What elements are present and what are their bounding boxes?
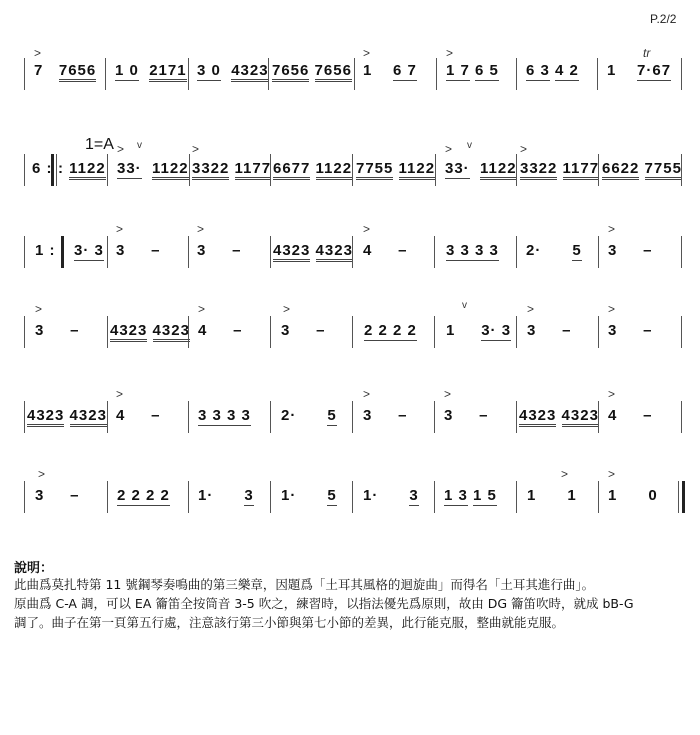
- measure: 3 –: [608, 242, 653, 259]
- measure: 1 0 2171: [115, 62, 187, 79]
- trill-mark: tr: [643, 46, 650, 60]
- barline: [352, 401, 353, 433]
- barline: [598, 481, 599, 513]
- barline: [597, 58, 598, 90]
- measure: 3322 1177: [520, 160, 599, 177]
- accent-mark: >: [445, 142, 452, 156]
- accent-mark: >: [197, 222, 204, 236]
- accent-mark: >: [608, 467, 615, 481]
- score-row-1: > 7 7656 1 0 2171 3 0 4323 7656 7656 > 1…: [0, 50, 700, 90]
- measure: 4323 4323: [27, 407, 107, 424]
- accent-mark: >: [34, 46, 41, 60]
- measure: 4 –: [198, 322, 243, 339]
- measure: 4 –: [363, 242, 408, 259]
- measure: 1 3 1 5: [444, 487, 497, 504]
- barline: [188, 316, 189, 348]
- measure: 6677 1122: [273, 160, 352, 177]
- barline: [56, 154, 57, 186]
- barline: [107, 401, 108, 433]
- score-row-6: > 3 – 2 2 2 2 1· 3 1· 5 1· 3 1 3 1 5 > 1…: [0, 477, 700, 517]
- barline: [516, 316, 517, 348]
- barline: [681, 236, 682, 268]
- barline: [354, 58, 355, 90]
- barline: [516, 236, 517, 268]
- accent-mark: >: [520, 142, 527, 156]
- measure: 3 –: [527, 322, 572, 339]
- measure: 3 3 3 3: [198, 407, 251, 424]
- barline: [189, 154, 190, 186]
- barline: [678, 481, 679, 513]
- barline: [435, 154, 436, 186]
- accent-mark: >: [363, 46, 370, 60]
- barline: [436, 58, 437, 90]
- barline: [434, 316, 435, 348]
- barline: [434, 236, 435, 268]
- measure: 4323 4323: [110, 322, 190, 339]
- breath-mark: v: [137, 140, 142, 151]
- measure: 3 –: [197, 242, 242, 259]
- measure: 3 –: [35, 322, 80, 339]
- measure: 3 –: [363, 407, 408, 424]
- measure: 3 –: [116, 242, 161, 259]
- measure: 3 –: [608, 322, 653, 339]
- barline: [107, 481, 108, 513]
- barline: [107, 154, 108, 186]
- accent-mark: >: [444, 387, 451, 401]
- measure: 2· 5: [526, 242, 582, 259]
- measure: 2· 5: [281, 407, 337, 424]
- measure: 3 3 3 3: [446, 242, 499, 259]
- score-row-2: 6 : : 1122 > v 33· 1122 > 3322 1177 6677…: [0, 150, 700, 190]
- repeat-end-barline: [61, 236, 64, 268]
- notes-line: 原曲爲 C-A 調，可以 EA 籥笛全按筒音 3-5 吹之，練習時，以指法優先爲…: [14, 594, 634, 612]
- page-number: P.2/2: [650, 12, 676, 26]
- barline: [188, 58, 189, 90]
- barline: [681, 58, 682, 90]
- measure: 33· 1122: [445, 160, 517, 177]
- accent-mark: >: [116, 387, 123, 401]
- barline: [24, 58, 25, 90]
- measure: 1 0: [608, 487, 658, 504]
- barline: [268, 58, 269, 90]
- measure: 2 2 2 2: [364, 322, 417, 339]
- measure: 7 7656: [34, 62, 96, 79]
- barline: [270, 481, 271, 513]
- measure: 3322 1177: [192, 160, 271, 177]
- barline: [24, 481, 25, 513]
- barline: [352, 154, 353, 186]
- measure: 1 7 6 5: [446, 62, 499, 79]
- accent-mark: >: [446, 46, 453, 60]
- measure: 4 –: [116, 407, 161, 424]
- accent-mark: >: [38, 467, 45, 481]
- accent-mark: >: [527, 302, 534, 316]
- measure: 1· 3: [363, 487, 419, 504]
- barline: [270, 316, 271, 348]
- barline: [434, 481, 435, 513]
- measure: 4323 4323: [273, 242, 353, 259]
- measure: : 1122: [58, 160, 106, 177]
- measure: 1 7·67: [607, 62, 671, 79]
- measure: 3 0 4323: [197, 62, 269, 79]
- accent-mark: >: [561, 467, 568, 481]
- accent-mark: >: [608, 387, 615, 401]
- barline: [681, 316, 682, 348]
- accent-mark: >: [116, 222, 123, 236]
- breath-mark: v: [467, 140, 472, 151]
- measure: 1 1: [527, 487, 577, 504]
- barline: [24, 236, 25, 268]
- barline: [434, 401, 435, 433]
- measure: 3 –: [35, 487, 80, 504]
- barline: [516, 401, 517, 433]
- barline: [24, 154, 25, 186]
- barline: [270, 236, 271, 268]
- measure: 4 –: [608, 407, 653, 424]
- measure: 2 2 2 2: [117, 487, 170, 504]
- barline: [516, 58, 517, 90]
- barline: [188, 236, 189, 268]
- barline: [516, 481, 517, 513]
- measure: 1· 3: [198, 487, 254, 504]
- measure: 1 6 7: [363, 62, 417, 79]
- accent-mark: >: [363, 387, 370, 401]
- score-row-4: > 3 – 4323 4323 > 4 – > 3 – 2 2 2 2 v 1 …: [0, 312, 700, 352]
- accent-mark: >: [283, 302, 290, 316]
- measure: 1· 5: [281, 487, 337, 504]
- measure: 6622 7755: [602, 160, 682, 177]
- barline: [352, 316, 353, 348]
- barline: [270, 154, 271, 186]
- barline: [516, 154, 517, 186]
- breath-mark: v: [462, 300, 467, 311]
- barline: [24, 401, 25, 433]
- score-row-5: 4323 4323 > 4 – 3 3 3 3 2· 5 > 3 – > 3 –…: [0, 397, 700, 437]
- accent-mark: >: [117, 142, 124, 156]
- score-row-3: 1 : 3· 3 > 3 – > 3 – 4323 4323 > 4 – 3 3…: [0, 232, 700, 272]
- barline: [105, 58, 106, 90]
- barline: [352, 481, 353, 513]
- repeat-start-barline: [51, 154, 54, 186]
- notes-line: 調了。曲子在第一頁第五行處，注意該行第三小節與第七小節的差異，此行能克服，整曲就…: [14, 613, 564, 631]
- measure: 3· 3: [74, 242, 104, 259]
- barline: [681, 154, 682, 186]
- barline: [188, 401, 189, 433]
- barline: [681, 401, 682, 433]
- accent-mark: >: [363, 222, 370, 236]
- accent-mark: >: [198, 302, 205, 316]
- final-barline: [682, 481, 685, 513]
- measure: 6 3 4 2: [526, 62, 579, 79]
- barline: [598, 401, 599, 433]
- accent-mark: >: [192, 142, 199, 156]
- barline: [352, 236, 353, 268]
- accent-mark: >: [608, 302, 615, 316]
- measure: 4323 4323: [519, 407, 599, 424]
- measure: 7656 7656: [272, 62, 352, 79]
- notes-title: 說明：: [14, 557, 53, 576]
- measure: 33· 1122: [117, 160, 189, 177]
- accent-mark: >: [608, 222, 615, 236]
- accent-mark: >: [35, 302, 42, 316]
- barline: [107, 236, 108, 268]
- barline: [270, 401, 271, 433]
- measure: 3 –: [281, 322, 326, 339]
- barline: [107, 316, 108, 348]
- measure: 3 –: [444, 407, 489, 424]
- measure: 6 :: [32, 160, 53, 177]
- notes-line: 此曲爲莫扎特第 11 號鋼琴奏鳴曲的第三樂章，因題爲「土耳其風格的迴旋曲」而得名…: [14, 575, 594, 593]
- measure: 1 :: [35, 242, 56, 259]
- barline: [598, 236, 599, 268]
- barline: [188, 481, 189, 513]
- barline: [598, 316, 599, 348]
- barline: [598, 154, 599, 186]
- barline: [24, 316, 25, 348]
- measure: 1 3· 3: [446, 322, 511, 339]
- measure: 7755 1122: [356, 160, 435, 177]
